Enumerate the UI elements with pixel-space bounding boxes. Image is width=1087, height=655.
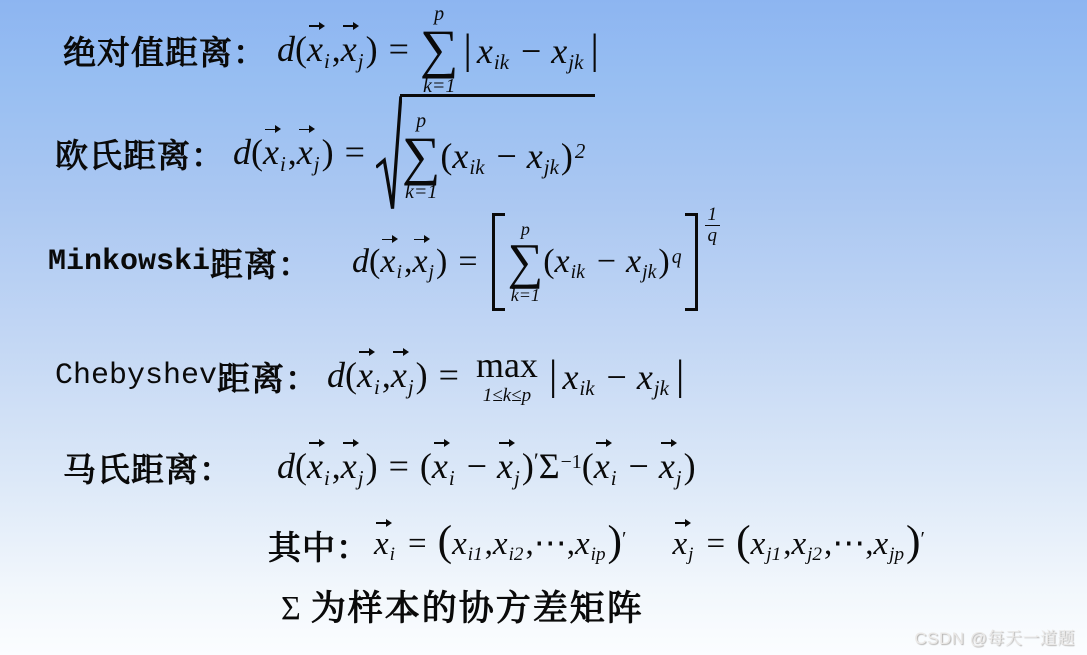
row-absolute-distance: 绝对值距离： d(xi,xj)= p ∑ k=1 |xik−xjk| [0, 0, 604, 100]
minus-sign: − [597, 243, 616, 280]
fraction-numerator: 1 [708, 205, 718, 225]
var-x: x [497, 446, 513, 486]
minus-sign: − [521, 31, 541, 71]
paren: ( [543, 243, 554, 280]
equals-sign: = [345, 132, 365, 172]
csdn-watermark: CSDN @每天一道题 [914, 624, 1075, 649]
vector-arrow-icon [434, 439, 450, 447]
comma: , [485, 526, 493, 562]
sub-jk: jk [654, 376, 669, 400]
vector-arrow-icon [675, 519, 691, 527]
vector-arrow-icon [596, 439, 612, 447]
minkowski-latin-label: Minkowski [48, 245, 210, 279]
comma: , [567, 526, 575, 562]
vector-x-j: x [497, 446, 513, 487]
var-x: x [412, 243, 427, 280]
var-x: x [659, 446, 675, 486]
var-d: d [327, 355, 345, 395]
big-paren: ( [438, 517, 453, 565]
paren: ( [440, 136, 452, 176]
distance-lhs: d(xi,xj)= [352, 242, 489, 281]
minus-sign: − [607, 357, 627, 397]
sub-ik: ik [571, 261, 585, 283]
var-x: x [562, 357, 578, 397]
var-x: x [341, 29, 357, 69]
vector-arrow-icon [359, 348, 375, 356]
sigma-note-text: 为样本的协方差矩阵 [311, 581, 644, 631]
row-euclidean-distance: 欧氏距离： d(xi,xj)= p ∑ k=1 (xik−xjk)2 [0, 96, 595, 210]
where-label: 其中： [268, 522, 370, 569]
vector-x-i: x [263, 132, 279, 173]
vector-arrow-icon [343, 439, 359, 447]
var-x: x [626, 243, 641, 280]
comma: , [525, 526, 533, 562]
arrow-head [386, 519, 392, 527]
abs-difference: |xik−xjk| [458, 26, 603, 75]
xi-tuple: xi=(xi1,xi2,⋯,xip)′ [374, 526, 627, 564]
sub-ip: ip [591, 544, 606, 565]
var-x: x [263, 132, 279, 172]
comma: , [288, 132, 297, 172]
vector-xi-definition: xi=(xi1,xi2,⋯,xip)′ xj=(xj1,xj2,⋯,xjp)′ [374, 526, 925, 564]
paren: ) [322, 132, 334, 172]
slide: 绝对值距离： d(xi,xj)= p ∑ k=1 |xik−xjk| 欧氏距离：… [0, 0, 1087, 655]
prime-mark: ′ [622, 528, 626, 550]
mahalanobis-rhs: (xi−xj)′Σ−1(xi−xj) [420, 446, 696, 487]
var-x: x [432, 446, 448, 486]
euclidean-distance-formula: d(xi,xj)= p ∑ k=1 (xik−xjk)2 [233, 94, 595, 212]
var-x: x [452, 136, 468, 176]
vector-x-i: x [357, 355, 373, 396]
minkowski-distance-formula: d(xi,xj)= p ∑ k=1 (xik−xjk)q 1 q [352, 213, 720, 311]
vector-x-i: x [374, 526, 389, 564]
row-sigma-note: Σ 为样本的协方差矩阵 [0, 578, 644, 634]
fraction-denominator: q [705, 225, 721, 246]
paren: ( [582, 446, 594, 486]
paren: ) [522, 446, 534, 486]
vector-arrow-icon [343, 22, 359, 30]
var-x: x [307, 446, 323, 486]
sub-j: j [429, 261, 434, 283]
absolute-distance-label: 绝对值距离： [63, 27, 267, 74]
vector-arrow-icon [309, 22, 325, 30]
sum-lower-limit: k=1 [423, 76, 455, 96]
sub-i: i [396, 261, 401, 283]
abs-bar: | [676, 352, 685, 399]
vector-arrow-icon [265, 125, 281, 133]
big-paren: ) [608, 517, 623, 565]
sub-jp: jp [889, 544, 904, 565]
sub-jk: jk [544, 155, 559, 179]
var-x: x [341, 446, 357, 486]
equals-sign: = [408, 526, 427, 562]
left-bracket [492, 213, 505, 311]
paren: ) [561, 136, 573, 176]
arrow-head [353, 439, 359, 447]
abs-difference: |xik−xjk| [544, 352, 689, 401]
sub-i2: i2 [509, 544, 524, 565]
abs-bar: | [590, 26, 599, 73]
vector-x-i: x [307, 446, 323, 487]
comma: , [332, 446, 341, 486]
var-x: x [527, 136, 543, 176]
vector-arrow-icon [309, 439, 325, 447]
chebyshev-distance-formula: d(xi,xj)= max 1≤k≤p |xik−xjk| [327, 347, 689, 405]
equals-sign: = [389, 29, 409, 69]
row-minkowski-distance: Minkowski 距离： d(xi,xj)= p ∑ k=1 (xik−xjk… [0, 214, 720, 310]
radicand: p ∑ k=1 (xik−xjk)2 [400, 94, 595, 212]
max-label: max [476, 347, 538, 383]
sub-j: j [514, 466, 520, 490]
arrow-head [424, 235, 430, 243]
arrow-head [353, 22, 359, 30]
arrow-head [444, 439, 450, 447]
exponent-minus-1: −1 [561, 451, 582, 473]
var-x: x [374, 526, 389, 562]
sub-i: i [280, 152, 286, 176]
sub-i: i [611, 466, 617, 490]
paren: ) [658, 243, 669, 280]
arrow-head [685, 519, 691, 527]
var-x: x [493, 526, 508, 562]
distance-lhs: d(xi,xj)= [277, 446, 420, 487]
var-x: x [477, 31, 493, 71]
mahalanobis-distance-label: 马氏距离： [63, 444, 233, 491]
vector-arrow-icon [661, 439, 677, 447]
paren: ( [295, 446, 307, 486]
sub-j: j [408, 375, 414, 399]
var-d: d [233, 132, 251, 172]
vector-x-j: x [673, 526, 688, 564]
sub-j2: j2 [807, 544, 822, 565]
cdots: ⋯ [534, 526, 567, 562]
equals-sign: = [439, 355, 459, 395]
chebyshev-cn-label: 距离： [217, 353, 319, 400]
abs-bar: | [463, 26, 472, 73]
var-x: x [594, 446, 610, 486]
vector-x-i: x [594, 446, 610, 487]
prime-mark: ′ [534, 448, 539, 473]
var-x: x [637, 357, 653, 397]
summation: p ∑ k=1 [420, 4, 459, 95]
var-x: x [391, 355, 407, 395]
sub-ik: ik [579, 376, 594, 400]
equals-sign: = [458, 243, 477, 280]
xj-tuple: xj=(xj1,xj2,⋯,xjp)′ [673, 526, 926, 564]
minus-sign: − [629, 446, 649, 486]
sub-jk: jk [642, 261, 656, 283]
square-root: p ∑ k=1 (xik−xjk)2 [376, 94, 595, 212]
equals-sign: = [707, 526, 726, 562]
var-x: x [297, 132, 313, 172]
var-x: x [673, 526, 688, 562]
minkowski-cn-label: 距离： [210, 239, 312, 286]
var-d: d [352, 243, 369, 280]
exponent-one-over-q: 1 q [705, 205, 721, 246]
arrow-head [392, 235, 398, 243]
vector-arrow-icon [414, 235, 430, 243]
sub-i: i [324, 466, 330, 490]
arrow-head [509, 439, 515, 447]
distance-lhs: d(xi,xj)= [233, 132, 376, 173]
arrow-head [319, 439, 325, 447]
sigma-matrix-symbol: Σ [281, 590, 301, 628]
distance-lhs: d(xi,xj)= [277, 29, 420, 70]
paren: ) [366, 29, 378, 69]
arrow-head [369, 348, 375, 356]
var-x: x [791, 526, 806, 562]
row-mahalanobis-distance: 马氏距离： d(xi,xj)= (xi−xj)′Σ−1(xi−xj) [0, 430, 696, 504]
paren: ( [345, 355, 357, 395]
sub-i: i [374, 375, 380, 399]
var-x: x [575, 526, 590, 562]
sub-j: j [688, 544, 693, 565]
exponent-2: 2 [575, 139, 585, 163]
mahalanobis-distance-formula: d(xi,xj)= (xi−xj)′Σ−1(xi−xj) [277, 446, 696, 487]
max-condition: 1≤k≤p [483, 386, 531, 405]
paren: ) [436, 243, 447, 280]
chebyshev-latin-label: Chebyshev [55, 359, 217, 393]
paren: ( [369, 243, 380, 280]
row-chebyshev-distance: Chebyshev 距离： d(xi,xj)= max 1≤k≤p |xik−x… [0, 332, 689, 420]
var-x: x [751, 526, 766, 562]
radical-sign-icon [376, 94, 402, 212]
squared-difference: (xik−xjk)2 [440, 136, 585, 177]
vector-arrow-icon [382, 235, 398, 243]
sub-j: j [676, 466, 682, 490]
sub-i: i [449, 466, 455, 490]
sub-i: i [390, 544, 395, 565]
var-d: d [277, 29, 295, 69]
comma: , [332, 29, 341, 69]
sub-j: j [358, 49, 364, 73]
vector-x-i: x [432, 446, 448, 487]
arrow-head [403, 348, 409, 356]
row-vector-definitions: 其中： xi=(xi1,xi2,⋯,xip)′ xj=(xj1,xj2,⋯,xj… [0, 512, 925, 578]
absolute-distance-formula: d(xi,xj)= p ∑ k=1 |xik−xjk| [277, 4, 604, 95]
vector-arrow-icon [299, 125, 315, 133]
q-power-difference: (xik−xjk)q [543, 242, 681, 281]
vector-x-j: x [341, 446, 357, 487]
sigma-matrix-symbol: Σ [539, 446, 560, 486]
sub-j: j [358, 466, 364, 490]
paren: ( [420, 446, 432, 486]
sum-lower-limit: k=1 [405, 182, 437, 202]
var-x: x [452, 526, 467, 562]
big-paren: ( [736, 517, 751, 565]
vector-arrow-icon [393, 348, 409, 356]
minus-sign: − [467, 446, 487, 486]
var-x: x [380, 243, 395, 280]
var-d: d [277, 446, 295, 486]
sub-j: j [314, 152, 320, 176]
sub-jk: jk [568, 50, 583, 74]
prime-mark: ′ [921, 528, 925, 550]
arrow-head [606, 439, 612, 447]
distance-lhs: d(xi,xj)= [327, 355, 470, 396]
big-paren: ) [906, 517, 921, 565]
arrow-head [671, 439, 677, 447]
arrow-head [275, 125, 281, 133]
cdots: ⋯ [832, 526, 865, 562]
right-bracket [685, 213, 698, 311]
abs-bar: | [549, 352, 558, 399]
sub-j1: j1 [766, 544, 781, 565]
summation: p ∑ k=1 [402, 111, 441, 202]
arrow-head [309, 125, 315, 133]
paren: ( [251, 132, 263, 172]
arrow-head [319, 22, 325, 30]
comma: , [382, 355, 391, 395]
var-x: x [555, 243, 570, 280]
exponent-q: q [672, 246, 682, 268]
sub-i1: i1 [468, 544, 483, 565]
vector-arrow-icon [499, 439, 515, 447]
comma: , [824, 526, 832, 562]
sub-ik: ik [494, 50, 509, 74]
sub-i: i [324, 49, 330, 73]
equals-sign: = [389, 446, 409, 486]
summation: p ∑ k=1 [508, 220, 544, 304]
max-operator: max 1≤k≤p [476, 347, 538, 405]
vector-arrow-icon [376, 519, 392, 527]
vector-x-j: x [341, 29, 357, 70]
vector-x-i: x [380, 242, 395, 281]
paren: ( [295, 29, 307, 69]
vector-x-i: x [307, 29, 323, 70]
vector-x-j: x [659, 446, 675, 487]
paren: ) [684, 446, 696, 486]
sigma-sum-icon: ∑ [508, 238, 544, 286]
paren: ) [416, 355, 428, 395]
var-x: x [307, 29, 323, 69]
var-x: x [873, 526, 888, 562]
vector-x-j: x [412, 242, 427, 281]
sum-lower-limit: k=1 [511, 286, 540, 304]
sub-ik: ik [469, 155, 484, 179]
sigma-sum-icon: ∑ [420, 24, 459, 75]
euclidean-distance-label: 欧氏距离： [55, 130, 225, 177]
sigma-sum-icon: ∑ [402, 131, 441, 182]
paren: ) [366, 446, 378, 486]
vector-x-j: x [297, 132, 313, 173]
var-x: x [551, 31, 567, 71]
minus-sign: − [496, 136, 516, 176]
var-x: x [357, 355, 373, 395]
vector-x-j: x [391, 355, 407, 396]
